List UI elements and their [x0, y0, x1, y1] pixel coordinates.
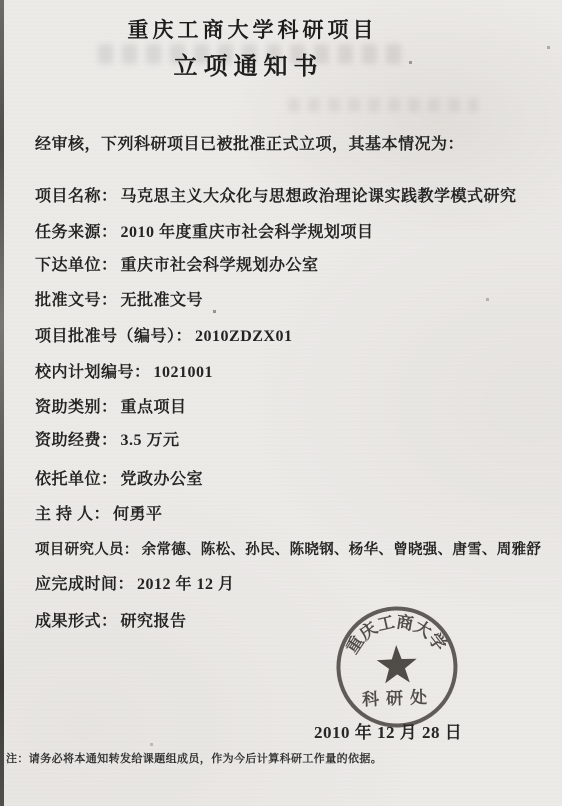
field-row-internal-plan-number: 校内计划编号：1021001	[35, 359, 213, 382]
field-value: 无批准文号	[121, 292, 204, 309]
seal-bottom-text: 科研处	[362, 687, 435, 710]
scanned-document-page: 重庆工商大学科研项目 立项通知书 经审核，下列科研项目已被批准正式立项，其基本情…	[0, 0, 562, 806]
star-icon	[376, 644, 417, 683]
field-label: 校内计划编号：	[35, 364, 151, 381]
field-value: 2010 年度重庆市社会科学规划项目	[121, 224, 374, 241]
field-value: 何勇平	[113, 506, 163, 523]
field-value: 2012 年 12 月	[137, 576, 235, 593]
field-row-funding-amount: 资助经费：3.5 万元	[35, 427, 180, 450]
field-value: 余常德、陈松、孙民、陈晓钢、杨华、曾晓强、唐雪、周雅舒	[142, 542, 542, 558]
field-value: 马克思主义大众化与思想政治理论课实践教学模式研究	[121, 188, 517, 205]
issue-date: 2010 年 12 月 28 日	[314, 718, 462, 743]
field-label: 批准文号：	[35, 292, 118, 309]
field-label: 资助经费：	[35, 432, 118, 449]
field-label: 下达单位：	[35, 257, 118, 274]
field-row-task-source: 任务来源：2010 年度重庆市社会科学规划项目	[35, 219, 374, 242]
field-row-funding-category: 资助类别：重点项目	[35, 394, 187, 417]
scan-specks	[0, 0, 1, 1]
field-label: 依托单位：	[35, 471, 118, 488]
field-label: 项目批准号（编号）：	[35, 328, 192, 345]
field-row-result-form: 成果形式：研究报告	[35, 608, 187, 631]
field-label: 应完成时间：	[35, 576, 134, 593]
intro-text: 经审核，下列科研项目已被批准正式立项，其基本情况为：	[35, 131, 464, 154]
field-row-researchers: 项目研究人员：余常德、陈松、孙民、陈晓钢、杨华、曾晓强、唐雪、周雅舒	[35, 538, 541, 559]
field-value: 研究报告	[121, 613, 187, 630]
field-row-approval-doc-number: 批准文号：无批准文号	[35, 287, 203, 310]
field-value: 重庆市社会科学规划办公室	[121, 257, 319, 274]
field-value: 2010ZDZX01	[195, 328, 292, 345]
field-row-completion-date: 应完成时间：2012 年 12 月	[35, 571, 235, 594]
field-label: 项目名称：	[35, 188, 118, 205]
bleed-through-ghost-text	[288, 98, 478, 112]
field-value: 重点项目	[121, 399, 187, 416]
document-title-university: 重庆工商大学科研项目	[0, 14, 505, 44]
field-value: 1021001	[154, 364, 214, 381]
field-label: 主 持 人：	[35, 506, 110, 523]
field-row-host-unit: 依托单位：党政办公室	[35, 466, 203, 489]
field-row-principal-investigator: 主 持 人：何勇平	[35, 501, 163, 524]
field-label: 项目研究人员：	[35, 542, 139, 558]
field-row-issuing-unit: 下达单位：重庆市社会科学规划办公室	[35, 252, 319, 275]
field-value: 3.5 万元	[121, 432, 180, 449]
footnote: 注：请务必将本通知转发给课题组成员，作为今后计算科研工作量的依据。	[6, 750, 382, 766]
university-seal: 重庆工商大学 科研处	[329, 600, 466, 737]
field-value: 党政办公室	[121, 471, 204, 488]
field-row-project-approval-number: 项目批准号（编号）：2010ZDZX01	[35, 323, 292, 346]
field-label: 资助类别：	[35, 399, 118, 416]
document-title-notice: 立项通知书	[0, 46, 497, 81]
scan-edge-artifact	[0, 0, 4, 806]
field-label: 任务来源：	[35, 224, 118, 241]
field-row-project-name: 项目名称：马克思主义大众化与思想政治理论课实践教学模式研究	[35, 183, 517, 206]
field-label: 成果形式：	[35, 613, 118, 630]
